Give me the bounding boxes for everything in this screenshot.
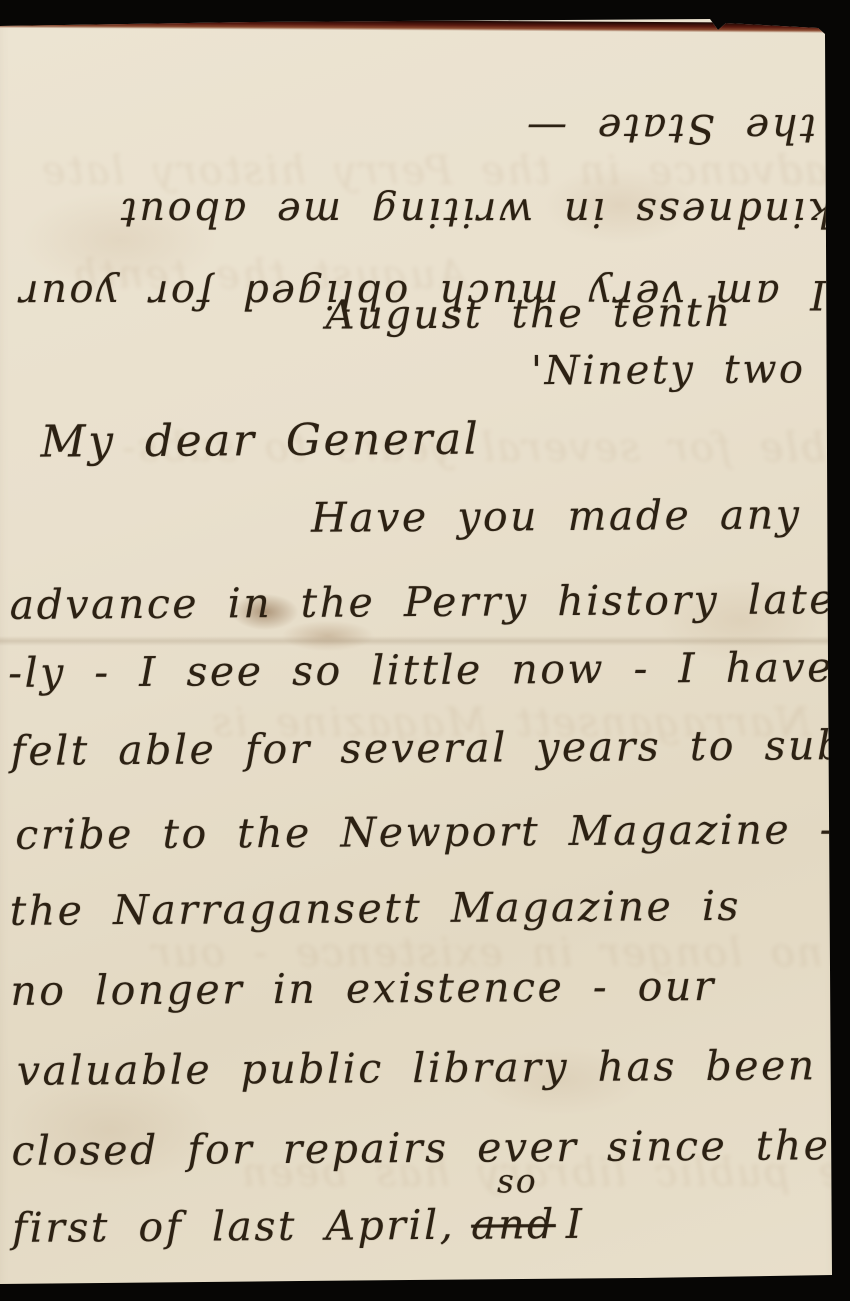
- last-line-prefix: first of last April,: [12, 1201, 455, 1252]
- salutation: My dear General: [40, 418, 480, 465]
- correction: soand: [471, 1204, 556, 1246]
- last-line-suffix: I: [566, 1200, 585, 1248]
- dateline-line-2: 'Ninety two: [531, 349, 806, 391]
- body-line: advance in the Perry history late: [10, 579, 837, 626]
- struck-word: and: [471, 1200, 556, 1249]
- body-line: -ly - I see so little now - I have not: [8, 646, 850, 693]
- body-line: the Narragansett Magazine is: [10, 886, 741, 932]
- dateline-line-1: August the tenth: [326, 293, 733, 336]
- letter-body: August the tenth 'Ninety two My dear Gen…: [0, 0, 850, 1301]
- body-line: no longer in existence - our: [10, 966, 716, 1012]
- body-line: closed for repairs ever since the: [11, 1125, 830, 1172]
- body-line: cribe to the Newport Magazine -: [15, 809, 836, 856]
- body-line: Have you made any: [311, 494, 802, 538]
- body-line-with-correction: first of last April,soandI: [12, 1204, 585, 1249]
- photo-background: advance in the Perry history late August…: [0, 0, 850, 1301]
- body-line: felt able for several years to subs-: [11, 725, 850, 772]
- inserted-word: so: [497, 1164, 538, 1197]
- letter-page: advance in the Perry history late August…: [0, 0, 850, 1301]
- body-line: valuable public library has been: [17, 1045, 817, 1092]
